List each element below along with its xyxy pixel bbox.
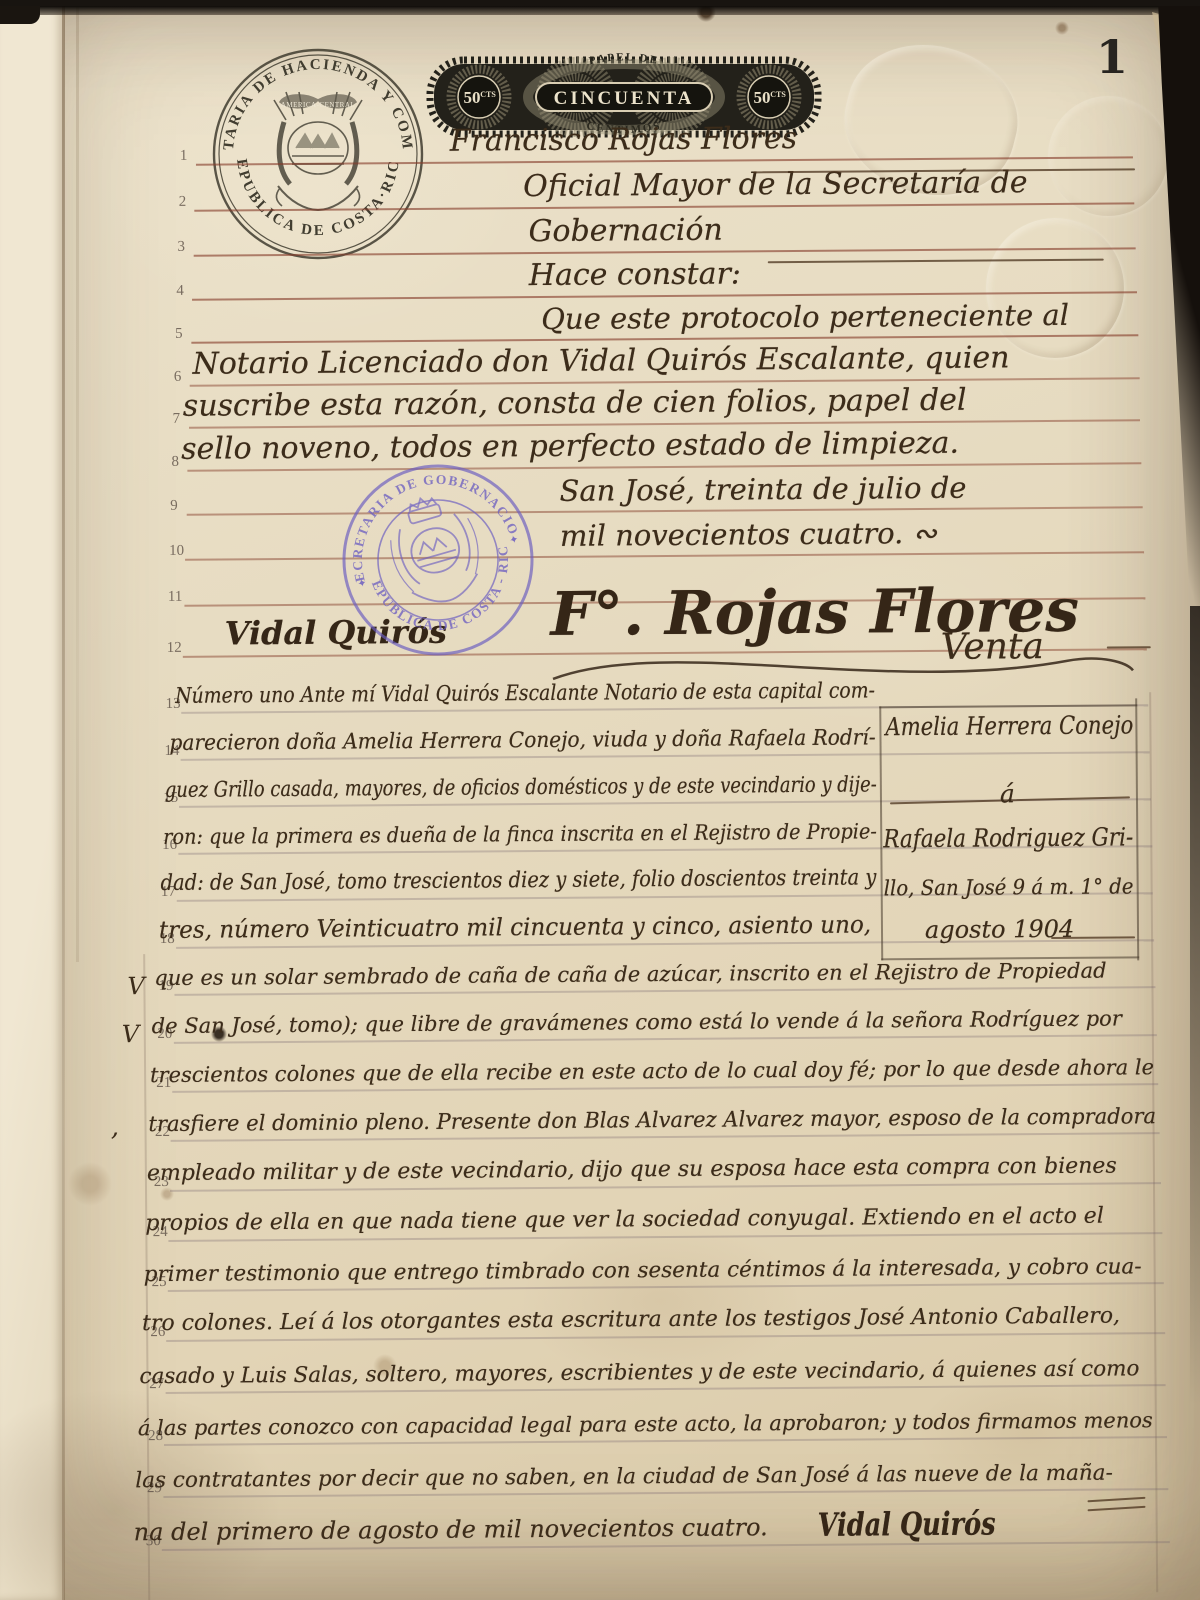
manuscript-line-2: Oficial Mayor de la Secretaría de bbox=[523, 168, 1028, 202]
line-number: 9 bbox=[170, 498, 178, 515]
line30-end-dash-2 bbox=[1088, 1506, 1146, 1511]
document-page: 1 SECRETARIA DE HACIENDA Y COMERCIO REPU… bbox=[0, 6, 1200, 1600]
manuscript-line-10: mil novecientos cuatro. ∾ bbox=[560, 519, 937, 551]
line-number: 6 bbox=[174, 369, 182, 386]
photo-edge-top bbox=[0, 6, 1200, 15]
manuscript-line-24: propios de ella en que nada tiene que ve… bbox=[145, 1206, 1104, 1236]
margin-note-from: Amelia Herrera Conejo bbox=[885, 712, 1133, 739]
manuscript-line-14: parecieron doña Amelia Herrera Conejo, v… bbox=[169, 727, 875, 754]
line-number: 10 bbox=[169, 543, 184, 560]
manuscript-line-27: casado y Luis Salas, soltero, mayores, e… bbox=[139, 1358, 1139, 1387]
rule-line bbox=[195, 202, 1134, 211]
manuscript-line-17: dad: de San José, tomo trescientos diez … bbox=[161, 867, 877, 895]
line3-fill-dash bbox=[768, 259, 1104, 264]
manuscript-line-7: suscribe esta razón, consta de cien foli… bbox=[183, 386, 967, 422]
gobernacion-stamp-star-right: ✦ bbox=[508, 533, 520, 547]
line-number: 4 bbox=[176, 283, 184, 300]
manuscript-line-3: Gobernación bbox=[528, 216, 723, 248]
manuscript-line-20: de San José, tomo); que libre de graváme… bbox=[152, 1008, 1122, 1037]
line-number: 1 bbox=[180, 148, 188, 165]
manuscript-line-19: que es un solar sembrado de caña de caña… bbox=[154, 961, 1106, 989]
manuscript-line-21: trescientos colones que de ella recibe e… bbox=[150, 1057, 1154, 1086]
manuscript-line-16: ron: que la primera es dueña de la finca… bbox=[163, 821, 877, 848]
line-number: 8 bbox=[171, 454, 179, 471]
photo-edge-right-lower bbox=[1190, 606, 1200, 1600]
manuscript-line-29: las contratantes por decir que no saben,… bbox=[135, 1462, 1113, 1491]
photo-edge-top-left bbox=[0, 6, 40, 24]
signature-flourish bbox=[547, 646, 1137, 711]
line-number: 11 bbox=[168, 589, 183, 606]
manuscript-line-26: tro colones. Leí á los otorgantes esta e… bbox=[142, 1305, 1120, 1335]
manuscript-line-18: tres, número Veinticuatro mil cincuenta … bbox=[159, 912, 871, 942]
manuscript-line-5: Que este protocolo perteneciente al bbox=[541, 301, 1069, 334]
photo-background: 1 SECRETARIA DE HACIENDA Y COMERCIO REPU… bbox=[0, 0, 1200, 1600]
manuscript-line-15: guez Grillo casada, mayores, de oficios … bbox=[165, 774, 877, 801]
gobernacion-stamp-crest bbox=[379, 487, 490, 612]
right-margin-rule bbox=[1149, 692, 1158, 1592]
signature-rojas-flores: F°. Rojas Flores bbox=[550, 581, 1079, 645]
line30-end-dash-1 bbox=[1087, 1497, 1145, 1502]
manuscript-line-22: trasfiere el dominio pleno. Presente don… bbox=[148, 1106, 1156, 1135]
line12-end-dash bbox=[1107, 646, 1151, 648]
manuscript-line-8: sello noveno, todos en perfecto estado d… bbox=[181, 429, 959, 465]
tick-mark-22: ‚ bbox=[110, 1112, 119, 1142]
line-number: 2 bbox=[179, 194, 187, 211]
margin-note-to-2: llo, San José 9 á m. 1° de bbox=[884, 876, 1134, 899]
manuscript-line-4: Hace constar: bbox=[529, 259, 741, 291]
line-number: 12 bbox=[167, 640, 182, 657]
margin-note-connector: á bbox=[1000, 781, 1015, 806]
rule-line bbox=[196, 156, 1133, 165]
line-number: 3 bbox=[177, 239, 185, 256]
check-mark-19: V bbox=[127, 972, 145, 1000]
manuscript-line-30: na del primero de agosto de mil novecien… bbox=[134, 1515, 768, 1544]
margin-note-to-1: Rafaela Rodriguez Gri- bbox=[883, 824, 1133, 851]
line-number: 7 bbox=[173, 411, 181, 428]
manuscript-line-25: primer testimonio que entrego timbrado c… bbox=[144, 1256, 1142, 1285]
rule-line bbox=[194, 247, 1136, 256]
signature-vidal-quiros-2: Vidal Quirós bbox=[818, 1507, 996, 1540]
manuscript-line-28: á las partes conozco con capacidad legal… bbox=[138, 1410, 1153, 1439]
manuscript-line-9: San José, treinta de julio de bbox=[559, 474, 966, 506]
manuscript-line-23: empleado militar y de este vecindario, d… bbox=[147, 1155, 1117, 1185]
line-number: 5 bbox=[175, 326, 183, 343]
margin-note-dash bbox=[1051, 936, 1135, 939]
ruled-sheet: 1234567891011121314151617181920212223242… bbox=[0, 0, 1200, 1600]
manuscript-line-6: Notario Licenciado don Vidal Quirós Esca… bbox=[192, 343, 1009, 379]
check-mark-20: V bbox=[122, 1020, 140, 1048]
manuscript-line-1: Francisco Rojas Flores bbox=[450, 124, 798, 157]
margin-box-right bbox=[1135, 698, 1139, 960]
